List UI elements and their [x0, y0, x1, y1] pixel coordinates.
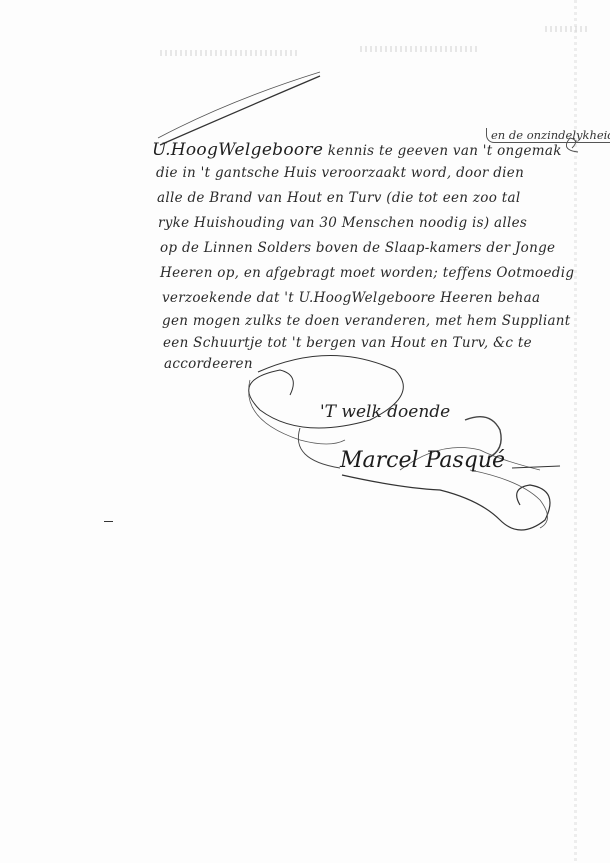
text-line-6: Heeren op, en afgebragt moet worden; tef…: [160, 265, 574, 281]
text-line-7: verzoekende dat 't U.HoogWelgeboore Heer…: [162, 290, 540, 306]
closing-phrase: 'T welk doende: [320, 402, 450, 422]
document-page: en de onzindelykheid U.HoogWelgeboore ke…: [0, 0, 610, 863]
text-line-9: een Schuurtje tot 't bergen van Hout en …: [163, 335, 532, 351]
signature: Marcel Pasqué: [340, 448, 505, 473]
text-line-8: gen mogen zulks te doen veranderen, met …: [162, 313, 571, 329]
text-line-3: alle de Brand van Hout en Turv (die tot …: [157, 190, 520, 206]
margin-dash: [104, 521, 113, 522]
text-line-10: accordeeren: [164, 356, 253, 372]
text-line-5: op de Linnen Solders boven de Slaap-kame…: [160, 240, 555, 256]
text-line-2: die in 't gantsche Huis veroorzaakt word…: [156, 165, 524, 181]
text-line-4: ryke Huishouding van 30 Menschen noodig …: [158, 215, 527, 231]
salutation: U.HoogWelgeboore: [152, 140, 323, 160]
text-line-1: U.HoogWelgeboore kennis te geeven van 't…: [152, 140, 562, 160]
